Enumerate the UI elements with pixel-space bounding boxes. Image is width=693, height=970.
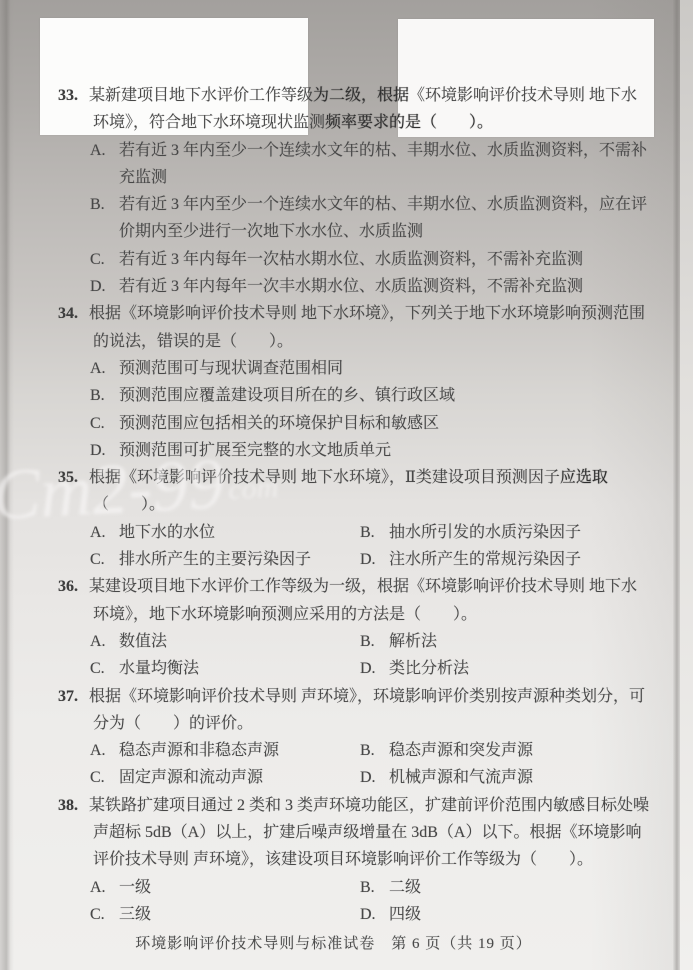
option-text: 若有近 3 年内每年一次枯水期水位、水质监测资料，不需补充监测 [119,251,583,268]
option-letter: D. [360,901,389,928]
option-letter: D. [360,546,389,573]
question-text: 声超标 5dB（A）以上，扩建后噪声级增量在 3dB（A）以下。根据《环境影响 [93,824,641,841]
option-text: 水量均衡法 [119,660,199,677]
option-letter: A. [90,355,119,382]
option-text: 二级 [389,879,421,896]
option-letter: A. [90,628,119,655]
option-text: 充监测 [119,169,167,186]
question-34-option-c: C.预测范围应包括相关的环境保护目标和敏感区 [58,410,673,437]
option-letter: C. [90,246,119,273]
question-33-option-b-cont: 价期内至少进行一次地下水水位、水质监测 [58,218,673,245]
question-36-options-cd: C.水量均衡法 D.类比分析法 [58,655,673,682]
option-letter: A. [90,737,119,764]
option-b: B.解析法 [360,628,437,655]
question-text: 《环境影响评价技术导则 地下水 [409,87,637,104]
option-letter: B. [360,628,389,655]
option-text: 固定声源和流动声源 [119,769,263,786]
question-text: 环境》，符合地下水环境现状监测 [93,114,325,131]
option-text: 预测范围应包括相关的环境保护目标和敏感区 [119,415,439,432]
option-c: C.水量均衡法 [90,655,360,682]
question-35-line-1: 35.根据《环境影响评价技术导则 地下水环境》，Ⅱ类建设项目预测因子应选取 [58,464,673,491]
option-d: D.注水所产生的常规污染因子 [360,546,581,573]
question-text: （ ）。 [93,496,165,513]
option-a: A.一级 [90,874,360,901]
option-text: 三级 [119,906,151,923]
question-34-line-1: 34.根据《环境影响评价技术导则 地下水环境》，下列关于地下水环境影响预测范围 [58,300,673,327]
option-a: A.地下水的水位 [90,519,360,546]
question-text: 根据《环境影响评价技术导则 地下水环境》，Ⅱ类建设项目预测因子 [89,469,560,486]
question-38-options-cd: C.三级 D.四级 [58,901,673,928]
option-d: D.机械声源和气流声源 [360,764,533,791]
option-text: 四级 [389,906,421,923]
option-text: 稳态声源和非稳态声源 [119,742,279,759]
question-33-option-a-cont: 充监测 [58,164,673,191]
question-38-line-3: 评价技术导则 声环境》，该建设项目环境影响评价工作等级为（ ）。 [58,846,673,873]
option-text: 排水所产生的主要污染因子 [119,551,311,568]
option-d: D.四级 [360,901,421,928]
option-text: 解析法 [389,633,437,650]
question-38-line-2: 声超标 5dB（A）以上，扩建后噪声级增量在 3dB（A）以下。根据《环境影响 [58,819,673,846]
scanned-exam-page: { "page": { "footer": "环境影响评价技术导则与标准试卷 第… [0,0,693,970]
question-34-line-2: 的说法，错误的是（ ）。 [58,328,673,355]
option-letter: A. [90,137,119,164]
question-33-option-c: C.若有近 3 年内每年一次枯水期水位、水质监测资料，不需补充监测 [58,246,673,273]
question-text: 某新建项目地下水评价工作等级 [89,87,313,104]
question-number: 35. [58,464,89,491]
option-letter: C. [90,764,119,791]
question-38-line-1: 38.某铁路扩建项目通过 2 类和 3 类声环境功能区，扩建前评价范围内敏感目标… [58,792,673,819]
option-b: B.二级 [360,874,421,901]
option-text: 若有近 3 年内每年一次丰水期水位、水质监测资料，不需补充监测 [119,278,583,295]
page-footer: 环境影响评价技术导则与标准试卷 第 6 页（共 19 页） [0,932,693,953]
question-text: 某铁路扩建项目通过 2 类和 3 类声环境功能区，扩建前评价范围内敏感目标处噪 [89,797,649,814]
question-text: 应选取 [560,469,608,486]
option-letter: B. [360,737,389,764]
option-letter: A. [90,519,119,546]
question-text: 评价技术导则 声环境》，该建设项目环境影响评价工作等级为（ ）。 [93,851,593,868]
option-text: 类比分析法 [389,660,469,677]
question-text: 根据《环境影响评价技术导则 声环境》，环境影响评价类别按声源种类划分，可 [89,688,645,705]
option-letter: B. [90,382,119,409]
question-36-options-ab: A.数值法 B.解析法 [58,628,673,655]
question-number: 36. [58,573,89,600]
question-35-options-ab: A.地下水的水位 B.抽水所引发的水质污染因子 [58,519,673,546]
option-c: C.三级 [90,901,360,928]
option-text: 抽水所引发的水质污染因子 [389,524,581,541]
question-35-line-2: （ ）。 [58,491,673,518]
option-c: C.固定声源和流动声源 [90,764,360,791]
option-text: 预测范围可扩展至完整的水文地质单元 [119,442,391,459]
question-37-line-1: 37.根据《环境影响评价技术导则 声环境》，环境影响评价类别按声源种类划分，可 [58,683,673,710]
question-34-option-b: B.预测范围应覆盖建设项目所在的乡、镇行政区域 [58,382,673,409]
question-number: 37. [58,683,89,710]
question-33-option-b: B.若有近 3 年内至少一个连续水文年的枯、丰期水位、水质监测资料，应在评 [58,191,673,218]
option-text: 预测范围应覆盖建设项目所在的乡、镇行政区域 [119,387,455,404]
question-36-line-2: 环境》，地下水环境影响预测应采用的方法是（ ）。 [58,601,673,628]
option-letter: C. [90,546,119,573]
question-text: 频率要求的是（ ）。 [325,114,493,131]
page-edge-right [673,0,680,970]
option-letter: C. [90,901,119,928]
option-letter: C. [90,655,119,682]
option-text: 机械声源和气流声源 [389,769,533,786]
question-number: 33. [58,82,89,109]
option-text: 预测范围可与现状调查范围相同 [119,360,343,377]
option-letter: A. [90,874,119,901]
question-text: 根据《环境影响评价技术导则 地下水环境》，下列关于地下水环境影响预测范围 [89,305,645,322]
question-number: 38. [58,792,89,819]
option-letter: D. [360,764,389,791]
question-33-option-d: D.若有近 3 年内每年一次丰水期水位、水质监测资料，不需补充监测 [58,273,673,300]
option-letter: D. [90,273,119,300]
option-text: 地下水的水位 [119,524,215,541]
question-35-options-cd: C.排水所产生的主要污染因子 D.注水所产生的常规污染因子 [58,546,673,573]
option-text: 注水所产生的常规污染因子 [389,551,581,568]
option-letter: B. [360,874,389,901]
option-text: 若有近 3 年内至少一个连续水文年的枯、丰期水位、水质监测资料，不需补 [119,142,647,159]
question-33-line-2: 环境》，符合地下水环境现状监测频率要求的是（ ）。 [58,109,673,136]
question-33-option-a: A.若有近 3 年内至少一个连续水文年的枯、丰期水位、水质监测资料，不需补 [58,137,673,164]
question-37-options-cd: C.固定声源和流动声源 D.机械声源和气流声源 [58,764,673,791]
option-letter: D. [90,437,119,464]
question-37-line-2: 分为（ ）的评价。 [58,710,673,737]
option-a: A.数值法 [90,628,360,655]
option-b: B.抽水所引发的水质污染因子 [360,519,581,546]
option-d: D.类比分析法 [360,655,469,682]
option-c: C.排水所产生的主要污染因子 [90,546,360,573]
option-b: B.稳态声源和突发声源 [360,737,533,764]
option-letter: D. [360,655,389,682]
question-text: 为二级，根据 [313,87,409,104]
option-text: 一级 [119,879,151,896]
question-34-option-d: D.预测范围可扩展至完整的水文地质单元 [58,437,673,464]
option-a: A.稳态声源和非稳态声源 [90,737,360,764]
question-36-line-1: 36.某建设项目地下水评价工作等级为一级，根据《环境影响评价技术导则 地下水 [58,573,673,600]
question-34-option-a: A.预测范围可与现状调查范围相同 [58,355,673,382]
page-edge-left [0,0,14,970]
question-number: 34. [58,300,89,327]
option-text: 数值法 [119,633,167,650]
question-text: 分为（ ）的评价。 [93,715,253,732]
option-text: 价期内至少进行一次地下水水位、水质监测 [119,223,423,240]
option-text: 若有近 3 年内至少一个连续水文年的枯、丰期水位、水质监测资料，应在评 [119,196,647,213]
question-38-options-ab: A.一级 B.二级 [58,874,673,901]
page-edge-right-margin [680,0,693,970]
option-letter: B. [90,191,119,218]
question-33-line-1: 33.某新建项目地下水评价工作等级为二级，根据《环境影响评价技术导则 地下水 [58,82,673,109]
option-text: 稳态声源和突发声源 [389,742,533,759]
question-text: 某建设项目地下水评价工作等级为一级，根据《环境影响评价技术导则 地下水 [89,578,637,595]
option-letter: C. [90,410,119,437]
question-text: 环境》，地下水环境影响预测应采用的方法是（ ）。 [93,606,477,623]
exam-body: 33.某新建项目地下水评价工作等级为二级，根据《环境影响评价技术导则 地下水 环… [58,82,673,928]
question-text: 的说法，错误的是（ ）。 [93,333,293,350]
question-37-options-ab: A.稳态声源和非稳态声源 B.稳态声源和突发声源 [58,737,673,764]
option-letter: B. [360,519,389,546]
